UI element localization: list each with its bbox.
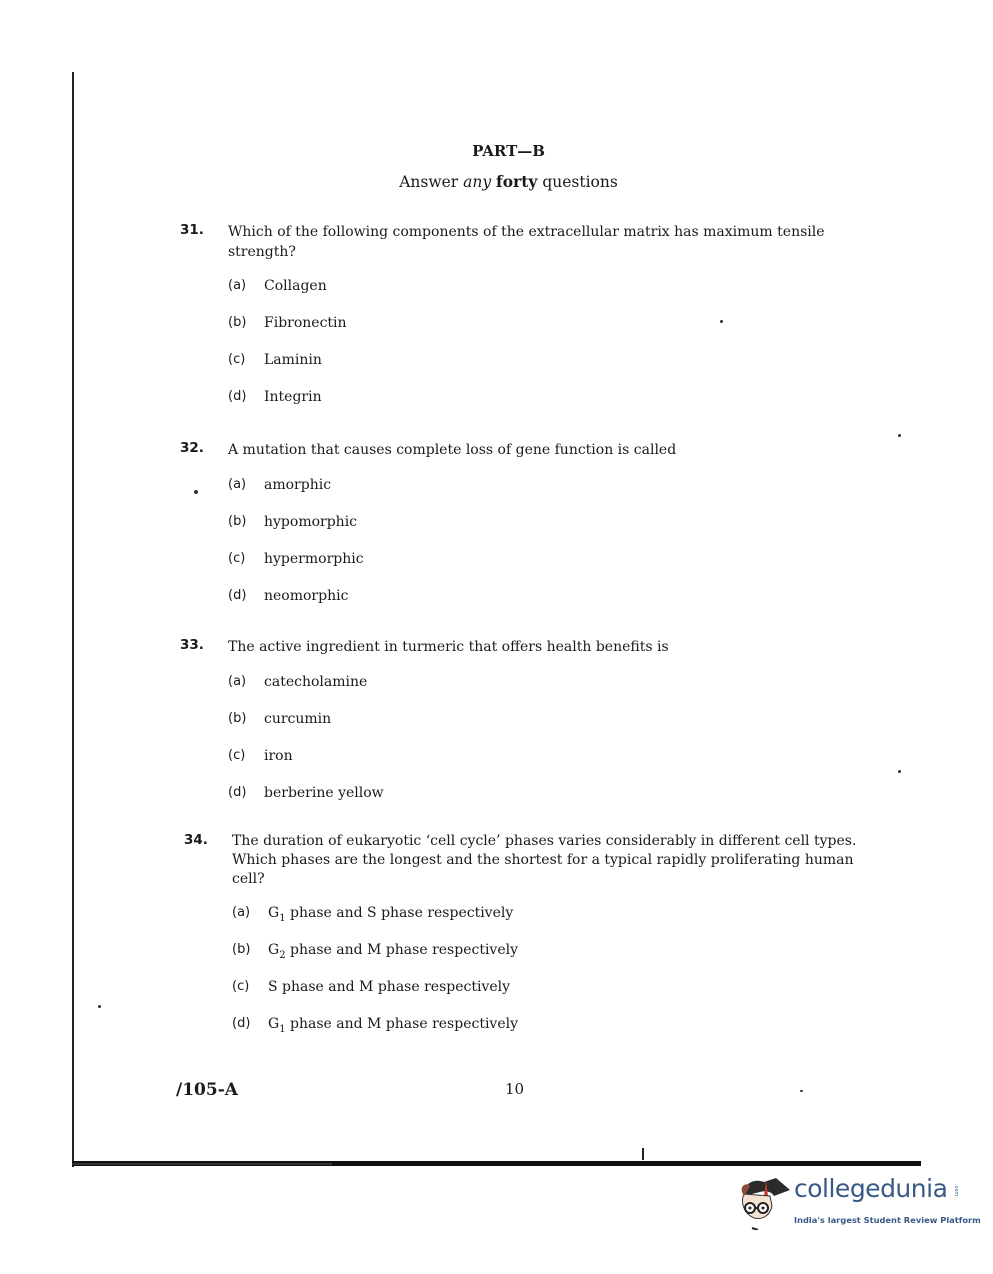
section-instruction: Answer any forty questions xyxy=(12,172,993,191)
option-label: (c) xyxy=(228,748,264,763)
instruction-count: forty xyxy=(496,172,537,191)
option-text: S phase and M phase respectively xyxy=(268,979,510,998)
option-label: (d) xyxy=(232,1016,268,1031)
option-text: G2 phase and M phase respectively xyxy=(268,942,518,961)
instruction-emphasis: any xyxy=(463,173,491,191)
option-a[interactable]: (a)catecholamine xyxy=(228,674,860,711)
question-33: 33. The active ingredient in turmeric th… xyxy=(180,637,860,822)
option-text: Integrin xyxy=(264,389,322,405)
option-text: hypomorphic xyxy=(264,514,357,530)
collegedunia-logo[interactable]: collegedunia .com India's largest Studen… xyxy=(736,1170,966,1240)
question-number: 34. xyxy=(184,832,208,848)
option-c[interactable]: (c)hypermorphic xyxy=(228,551,860,588)
option-b[interactable]: (b)G2 phase and M phase respectively xyxy=(232,942,864,979)
question-stem: The active ingredient in turmeric that o… xyxy=(228,637,860,657)
option-label: (d) xyxy=(228,785,264,800)
instruction-text: questions xyxy=(542,173,618,191)
option-label: (a) xyxy=(232,905,268,920)
instruction-text: Answer xyxy=(399,173,458,191)
option-label: (b) xyxy=(228,514,264,529)
option-label: (c) xyxy=(232,979,268,994)
option-text: curcumin xyxy=(264,711,331,727)
option-c[interactable]: (c)S phase and M phase respectively xyxy=(232,979,864,1016)
option-label: (d) xyxy=(228,588,264,603)
option-label: (c) xyxy=(228,352,264,367)
option-d[interactable]: (d)neomorphic xyxy=(228,588,860,625)
option-list: (a)G1 phase and S phase respectively (b)… xyxy=(232,905,864,1053)
option-text: G1 phase and S phase respectively xyxy=(268,905,513,924)
option-list: (a)catecholamine (b)curcumin (c)iron (d)… xyxy=(228,674,860,822)
option-text: Laminin xyxy=(264,352,322,368)
question-stem: A mutation that causes complete loss of … xyxy=(228,440,860,460)
scan-speck xyxy=(800,1090,803,1092)
question-number: 32. xyxy=(180,440,204,456)
option-text: catecholamine xyxy=(264,674,367,690)
question-stem: The duration of eukaryotic ‘cell cycle’ … xyxy=(232,832,864,889)
option-c[interactable]: (c)iron xyxy=(228,748,860,785)
brand-tagline: India's largest Student Review Platform xyxy=(794,1215,981,1225)
question-stem: Which of the following components of the… xyxy=(228,222,860,262)
question-number: 33. xyxy=(180,637,204,653)
option-a[interactable]: (a)Collagen xyxy=(228,278,860,315)
option-label: (a) xyxy=(228,278,264,293)
scan-speck xyxy=(898,434,901,437)
brand-tld: .com xyxy=(953,1184,959,1196)
option-list: (a)Collagen (b)Fibronectin (c)Laminin (d… xyxy=(228,278,860,426)
option-a[interactable]: (a)amorphic xyxy=(228,477,860,514)
question-number: 31. xyxy=(180,222,204,238)
option-d[interactable]: (d)berberine yellow xyxy=(228,785,860,822)
option-text: Fibronectin xyxy=(264,315,347,331)
question-34: 34. The duration of eukaryotic ‘cell cyc… xyxy=(184,832,864,1053)
question-32: 32. A mutation that causes complete loss… xyxy=(180,440,860,625)
page-number: 10 xyxy=(505,1080,524,1098)
option-label: (b) xyxy=(228,315,264,330)
scan-speck xyxy=(98,1005,101,1008)
option-b[interactable]: (b)hypomorphic xyxy=(228,514,860,551)
option-text: neomorphic xyxy=(264,588,348,604)
option-list: (a)amorphic (b)hypomorphic (c)hypermorph… xyxy=(228,477,860,625)
page-left-border xyxy=(72,72,74,1167)
option-label: (a) xyxy=(228,477,264,492)
option-label: (a) xyxy=(228,674,264,689)
option-text: amorphic xyxy=(264,477,331,493)
option-d[interactable]: (d)Integrin xyxy=(228,389,860,426)
option-c[interactable]: (c)Laminin xyxy=(228,352,860,389)
option-text: G1 phase and M phase respectively xyxy=(268,1016,518,1035)
brand-name: collegedunia xyxy=(794,1174,947,1203)
option-text: Collagen xyxy=(264,278,327,294)
mascot-icon xyxy=(736,1174,792,1230)
scan-speck xyxy=(720,320,723,323)
page-bottom-border xyxy=(72,1158,921,1166)
scan-speck xyxy=(194,490,198,494)
option-a[interactable]: (a)G1 phase and S phase respectively xyxy=(232,905,864,942)
option-b[interactable]: (b)curcumin xyxy=(228,711,860,748)
option-label: (c) xyxy=(228,551,264,566)
option-d[interactable]: (d)G1 phase and M phase respectively xyxy=(232,1016,864,1053)
option-label: (b) xyxy=(228,711,264,726)
option-text: iron xyxy=(264,748,293,764)
option-label: (d) xyxy=(228,389,264,404)
section-title: PART—B xyxy=(12,142,993,160)
question-31: 31. Which of the following components of… xyxy=(180,222,860,426)
option-text: hypermorphic xyxy=(264,551,364,567)
scan-speck xyxy=(898,770,901,773)
option-text: berberine yellow xyxy=(264,785,384,801)
option-b[interactable]: (b)Fibronectin xyxy=(228,315,860,352)
option-label: (b) xyxy=(232,942,268,957)
paper-code: /105-A xyxy=(176,1080,238,1100)
